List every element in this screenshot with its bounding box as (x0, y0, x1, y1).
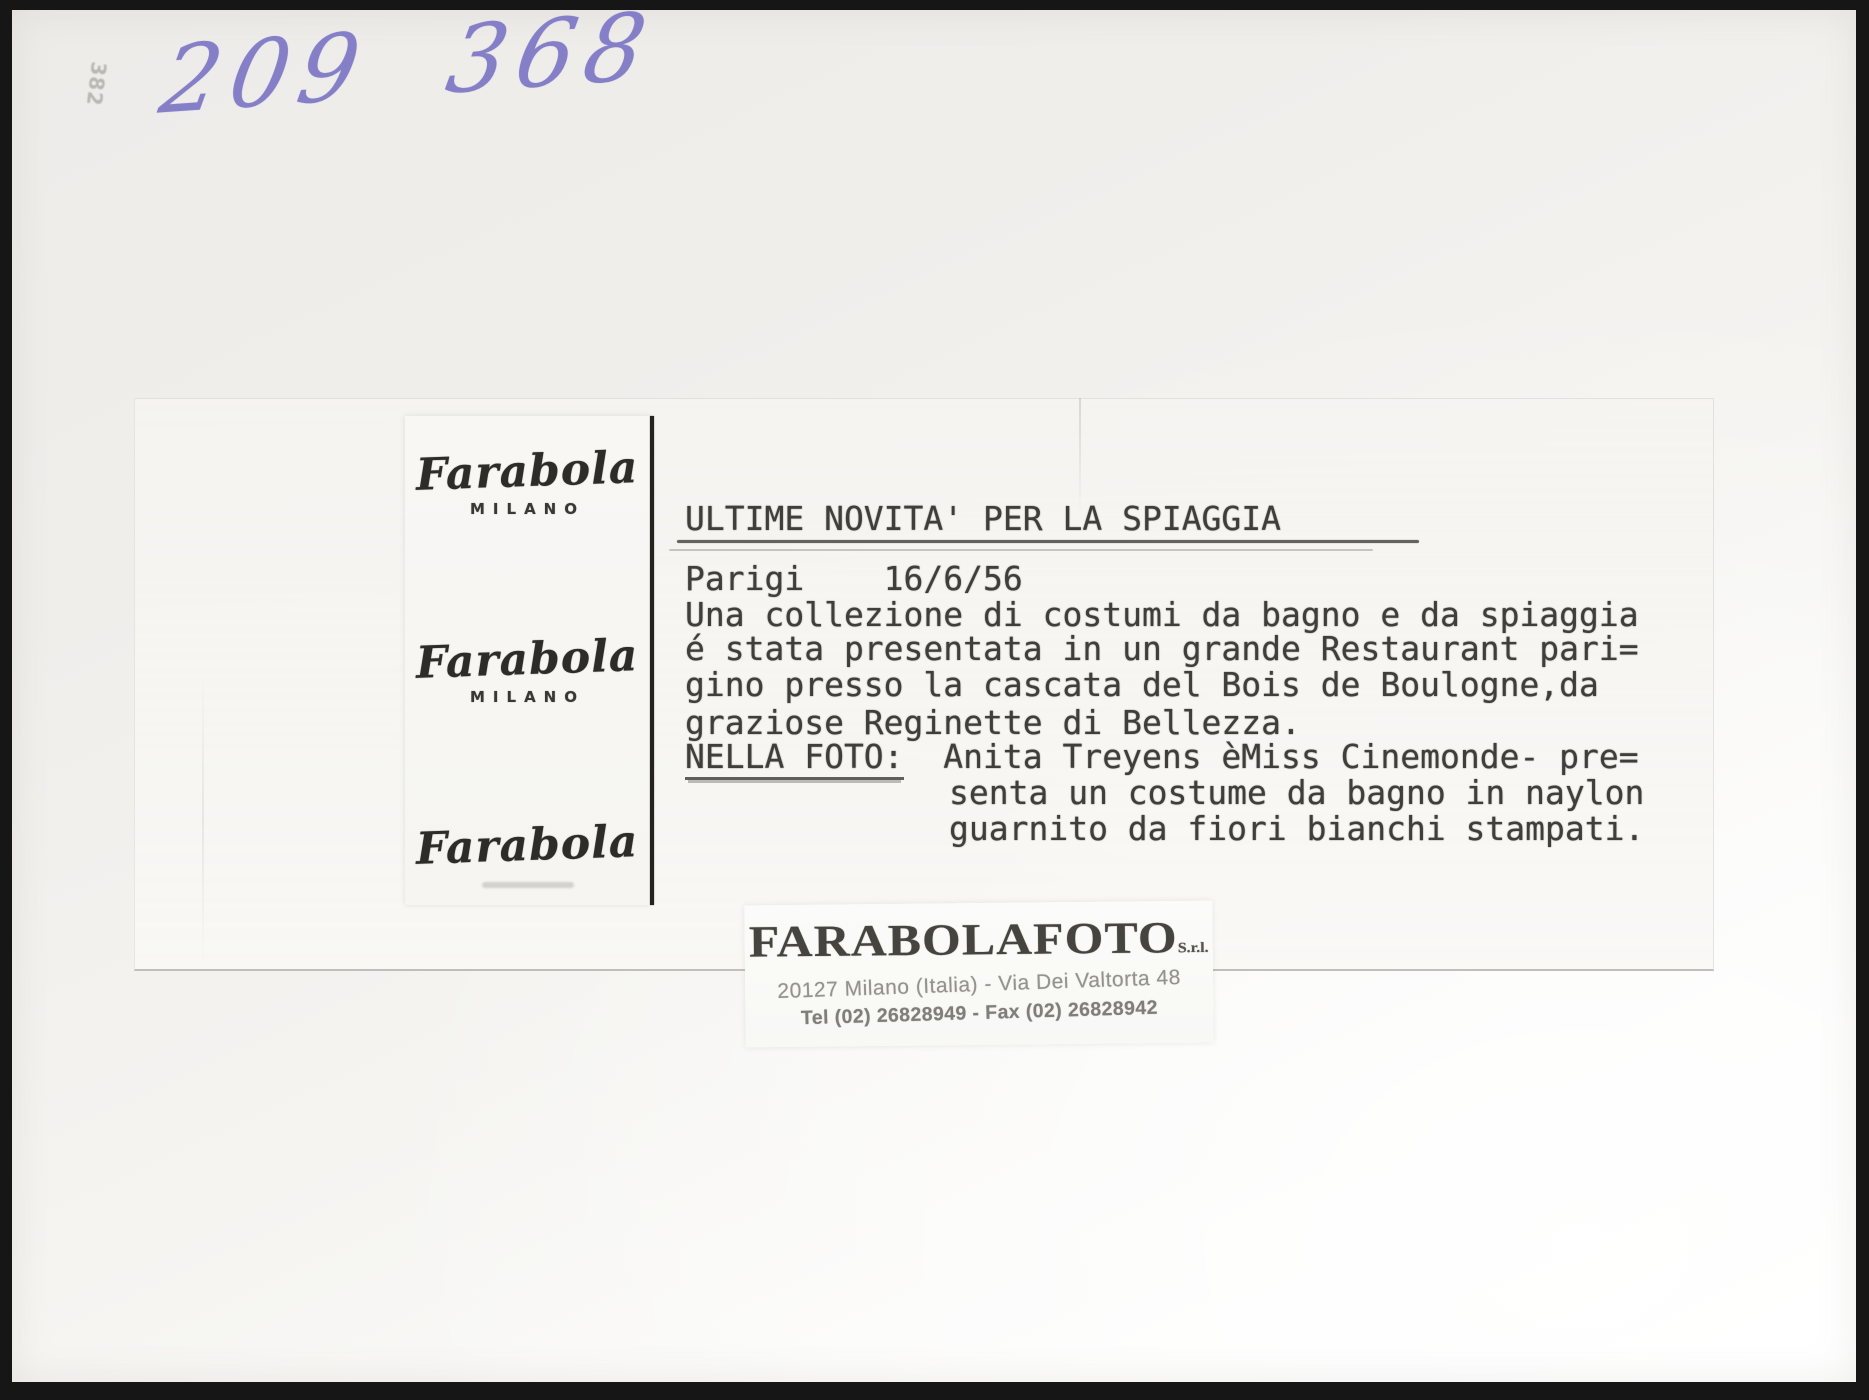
agency-stamp-label: FARABOLAFOTOS.r.l. 20127 Milano (Italia)… (744, 901, 1213, 1048)
nella-foto-continuation: guarnito da fiori bianchi stampati. (685, 812, 1644, 846)
farabola-script-logo: Farabola (416, 446, 640, 498)
farabola-city-label: MILANO (405, 500, 650, 518)
farabola-stamp: Farabola (405, 824, 650, 868)
caption-body-line: Una collezione di costumi da bagno e da … (685, 598, 1639, 632)
agency-legal-suffix: S.r.l. (1178, 940, 1209, 956)
photo-back: 382 209 368 Farabola MILANO Farabola MIL… (12, 10, 1856, 1382)
caption-body-line: é stata presentata in un grande Restaura… (685, 632, 1639, 666)
farabola-stamp: Farabola MILANO (405, 450, 650, 518)
nella-foto-label: NELLA FOTO: (685, 740, 904, 780)
archive-number: 209 368 (154, 0, 662, 128)
farabola-faint-subline (482, 882, 574, 888)
farabola-stamp: Farabola MILANO (405, 638, 650, 706)
headline-underline-shadow (669, 549, 1373, 551)
headline-underline (677, 540, 1419, 543)
corner-stamp: 382 (82, 60, 111, 107)
nella-foto-text: Anita Treyens èMiss Cinemonde- pre= (904, 737, 1639, 776)
caption-headline: ULTIME NOVITA' PER LA SPIAGGIA (685, 502, 1281, 536)
caption-divider-line (650, 416, 654, 905)
caption-body-line: graziose Reginette di Bellezza. (685, 706, 1301, 740)
nella-foto-continuation: senta un costume da bagno in naylon (685, 776, 1644, 810)
farabola-city-label: MILANO (405, 688, 650, 706)
typed-caption: ULTIME NOVITA' PER LA SPIAGGIA Parigi 16… (685, 502, 1695, 862)
caption-body-line: gino presso la cascata del Bois de Boulo… (685, 668, 1599, 702)
farabola-stamp-card: Farabola MILANO Farabola MILANO Farabola (405, 416, 650, 905)
farabola-script-logo: Farabola (416, 634, 640, 686)
sheet-crease (202, 670, 204, 966)
caption-dateline: Parigi 16/6/56 (685, 562, 1023, 596)
farabola-script-logo: Farabola (416, 820, 640, 872)
agency-name: FARABOLAFOTOS.r.l. (730, 916, 1227, 966)
agency-name-text: FARABOLAFOTO (749, 913, 1178, 967)
